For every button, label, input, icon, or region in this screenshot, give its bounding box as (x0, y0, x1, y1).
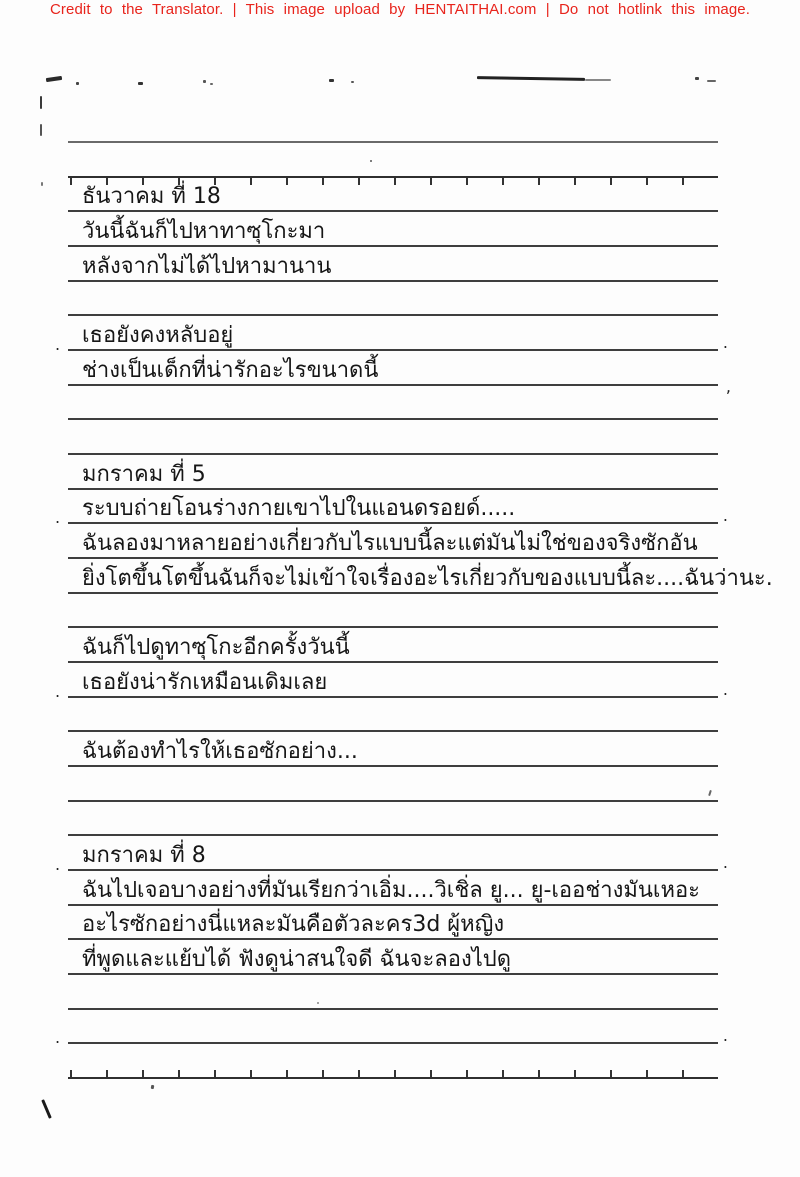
scan-artifact (210, 83, 213, 85)
page-edge-mark (40, 96, 42, 109)
diary-text: ฉันลองมาหลายอย่างเกี่ยวกับไรแบบนี้ละแต่ม… (68, 531, 698, 557)
ruled-line (68, 975, 718, 1010)
scan-artifact (151, 1085, 155, 1089)
ink-dot: . (723, 682, 728, 698)
diary-text: วันนี้ฉันก็ไปหาทาซุโกะมา (68, 219, 325, 245)
diary-line: ฉันก็ไปดูทาซุโกะอีกครั้งวันนี้ (68, 628, 718, 663)
ink-dot: . (723, 855, 728, 871)
ink-dot: . (55, 684, 60, 700)
scan-artifact (477, 76, 585, 81)
page-edge-mark (40, 124, 42, 136)
diary-text: ฉันไปเจอบางอย่างที่มันเรียกว่าเอิ่ม....ว… (68, 878, 700, 904)
ruler-ticks (70, 1070, 718, 1077)
diary-line: อะไรซักอย่างนี่แหละมันคือตัวละคร3d ผู้หญ… (68, 905, 718, 940)
scan-artifact (76, 82, 79, 85)
ruled-line (68, 108, 718, 143)
ruled-line (68, 420, 718, 455)
ruler-tick-line (68, 143, 718, 178)
ink-dot: . (55, 510, 60, 526)
ruled-line (68, 767, 718, 802)
diary-line: ช่างเป็นเด็กที่น่ารักอะไรขนาดนี้, (68, 351, 718, 386)
scan-artifact (707, 80, 716, 82)
scan-artifact (329, 79, 334, 82)
diary-text: ฉันก็ไปดูทาซุโกะอีกครั้งวันนี้ (68, 635, 350, 661)
translator-credit-banner: Credit to the Translator. | This image u… (0, 0, 800, 21)
pen-stroke-mark (41, 1099, 52, 1119)
diary-line: ที่พูดและแย้บได้ ฟังดูน่าสนใจดี ฉันจะลอง… (68, 940, 718, 975)
diary-text: ฉันต้องทำไรให้เธอซักอย่าง... (68, 739, 358, 765)
diary-line: วันนี้ฉันก็ไปหาทาซุโกะมา (68, 212, 718, 247)
diary-text: ที่พูดและแย้บได้ ฟังดูน่าสนใจดี ฉันจะลอง… (68, 947, 511, 973)
ink-dot: . (723, 1028, 728, 1044)
diary-line: ฉันต้องทำไรให้เธอซักอย่าง... (68, 732, 718, 767)
ink-dot: . (55, 1030, 60, 1046)
ink-dot: . (55, 857, 60, 873)
ink-dot: . (55, 337, 60, 353)
diary-line: .เธอยังน่ารักเหมือนเดิมเลย. (68, 663, 718, 698)
diary-line: หลังจากไม่ได้ไปหามานาน (68, 247, 718, 282)
scanned-diary-page: Credit to the Translator. | This image u… (0, 0, 800, 1177)
diary-text: ระบบถ่ายโอนร่างกายเขาไปในแอนดรอยด์..... (68, 496, 515, 522)
page-edge-mark (41, 182, 43, 186)
scan-artifact (351, 81, 354, 83)
scan-artifact (695, 77, 699, 80)
diary-text: มกราคม ที่ 8 (68, 843, 206, 869)
scan-artifact (585, 79, 611, 81)
scan-artifact (370, 160, 372, 162)
ink-dot: . (723, 335, 728, 351)
diary-text: เธอยังน่ารักเหมือนเดิมเลย (68, 670, 327, 696)
diary-line: มกราคม ที่ 5 (68, 455, 718, 490)
diary-text: อะไรซักอย่างนี่แหละมันคือตัวละคร3d ผู้หญ… (68, 912, 504, 938)
diary-line: ยิ่งโตขึ้นโตขึ้นฉันก็จะไม่เข้าใจเรื่องอะ… (68, 559, 718, 594)
diary-text: ธันวาคม ที่ 18 (68, 184, 221, 210)
diary-line: ฉันไปเจอบางอย่างที่มันเรียกว่าเอิ่ม....ว… (68, 871, 718, 906)
ruled-line (68, 801, 718, 836)
ink-dot: , (726, 379, 731, 395)
ruled-line (68, 697, 718, 732)
scan-artifact (138, 82, 143, 85)
diary-text: หลังจากไม่ได้ไปหามานาน (68, 254, 331, 280)
scan-artifact (46, 76, 62, 82)
diary-line: ฉันลองมาหลายอย่างเกี่ยวกับไรแบบนี้ละแต่ม… (68, 524, 718, 559)
diary-line: .มกราคม ที่ 8. (68, 836, 718, 871)
ruler-tick-line (68, 1044, 718, 1079)
diary-line: .เธอยังคงหลับอยู่. (68, 316, 718, 351)
scan-artifact (317, 1002, 319, 1004)
ink-dot: . (723, 508, 728, 524)
ruled-line (68, 281, 718, 316)
diary-line: .ระบบถ่ายโอนร่างกายเขาไปในแอนดรอยด์.....… (68, 489, 718, 524)
diary-text: ช่างเป็นเด็กที่น่ารักอะไรขนาดนี้ (68, 358, 378, 384)
ruled-line: .. (68, 1009, 718, 1044)
diary-text: มกราคม ที่ 5 (68, 462, 206, 488)
diary-text: ยิ่งโตขึ้นโตขึ้นฉันก็จะไม่เข้าใจเรื่องอะ… (68, 566, 773, 592)
diary-line: ธันวาคม ที่ 18 (68, 177, 718, 212)
diary-text: เธอยังคงหลับอยู่ (68, 323, 233, 349)
ruled-line (68, 593, 718, 628)
ruled-line (68, 385, 718, 420)
scan-artifact (203, 80, 206, 83)
